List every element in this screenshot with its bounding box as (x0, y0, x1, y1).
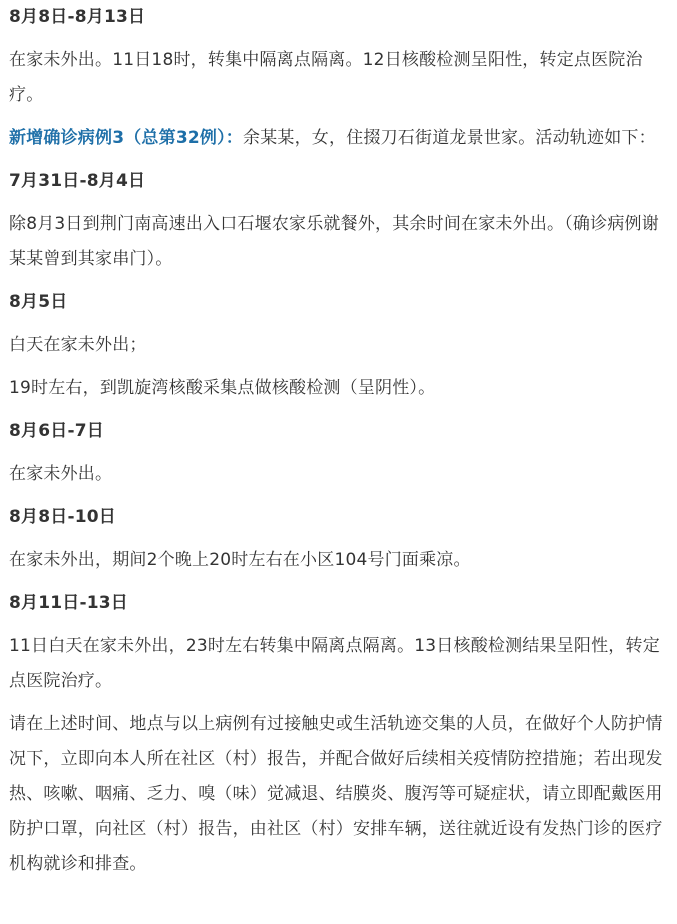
case-intro: 新增确诊病例3（总第32例）：余某某，女，住掇刀石街道龙景世家。活动轨迹如下： (9, 121, 667, 156)
paragraph: 在家未外出，期间2个晚上20时左右在小区104号门面乘凉。 (9, 543, 667, 578)
article-body: 8月8日-8月13日 在家未外出。11日18时，转集中隔离点隔离。12日核酸检测… (0, 0, 677, 882)
paragraph: 白天在家未外出； (9, 328, 667, 363)
paragraph: 在家未外出。 (9, 457, 667, 492)
section-heading: 8月11日-13日 (9, 586, 667, 621)
paragraph: 19时左右，到凯旋湾核酸采集点做核酸检测（呈阴性）。 (9, 371, 667, 406)
section-heading: 8月6日-7日 (9, 414, 667, 449)
case-intro-text: 余某某，女，住掇刀石街道龙景世家。活动轨迹如下： (243, 128, 656, 148)
section-heading: 8月8日-10日 (9, 500, 667, 535)
section-heading: 7月31日-8月4日 (9, 164, 667, 199)
section-heading: 8月5日 (9, 285, 667, 320)
notice-paragraph: 请在上述时间、地点与以上病例有过接触史或生活轨迹交集的人员，在做好个人防护情况下… (9, 707, 667, 882)
paragraph: 在家未外出。11日18时，转集中隔离点隔离。12日核酸检测呈阳性，转定点医院治疗… (9, 43, 667, 113)
case-title: 新增确诊病例3（总第32例）： (9, 128, 243, 148)
paragraph: 除8月3日到荆门南高速出入口石堰农家乐就餐外，其余时间在家未外出。（确诊病例谢某… (9, 207, 667, 277)
paragraph: 11日白天在家未外出，23时左右转集中隔离点隔离。13日核酸检测结果呈阳性，转定… (9, 629, 667, 699)
section-heading: 8月8日-8月13日 (9, 0, 667, 35)
